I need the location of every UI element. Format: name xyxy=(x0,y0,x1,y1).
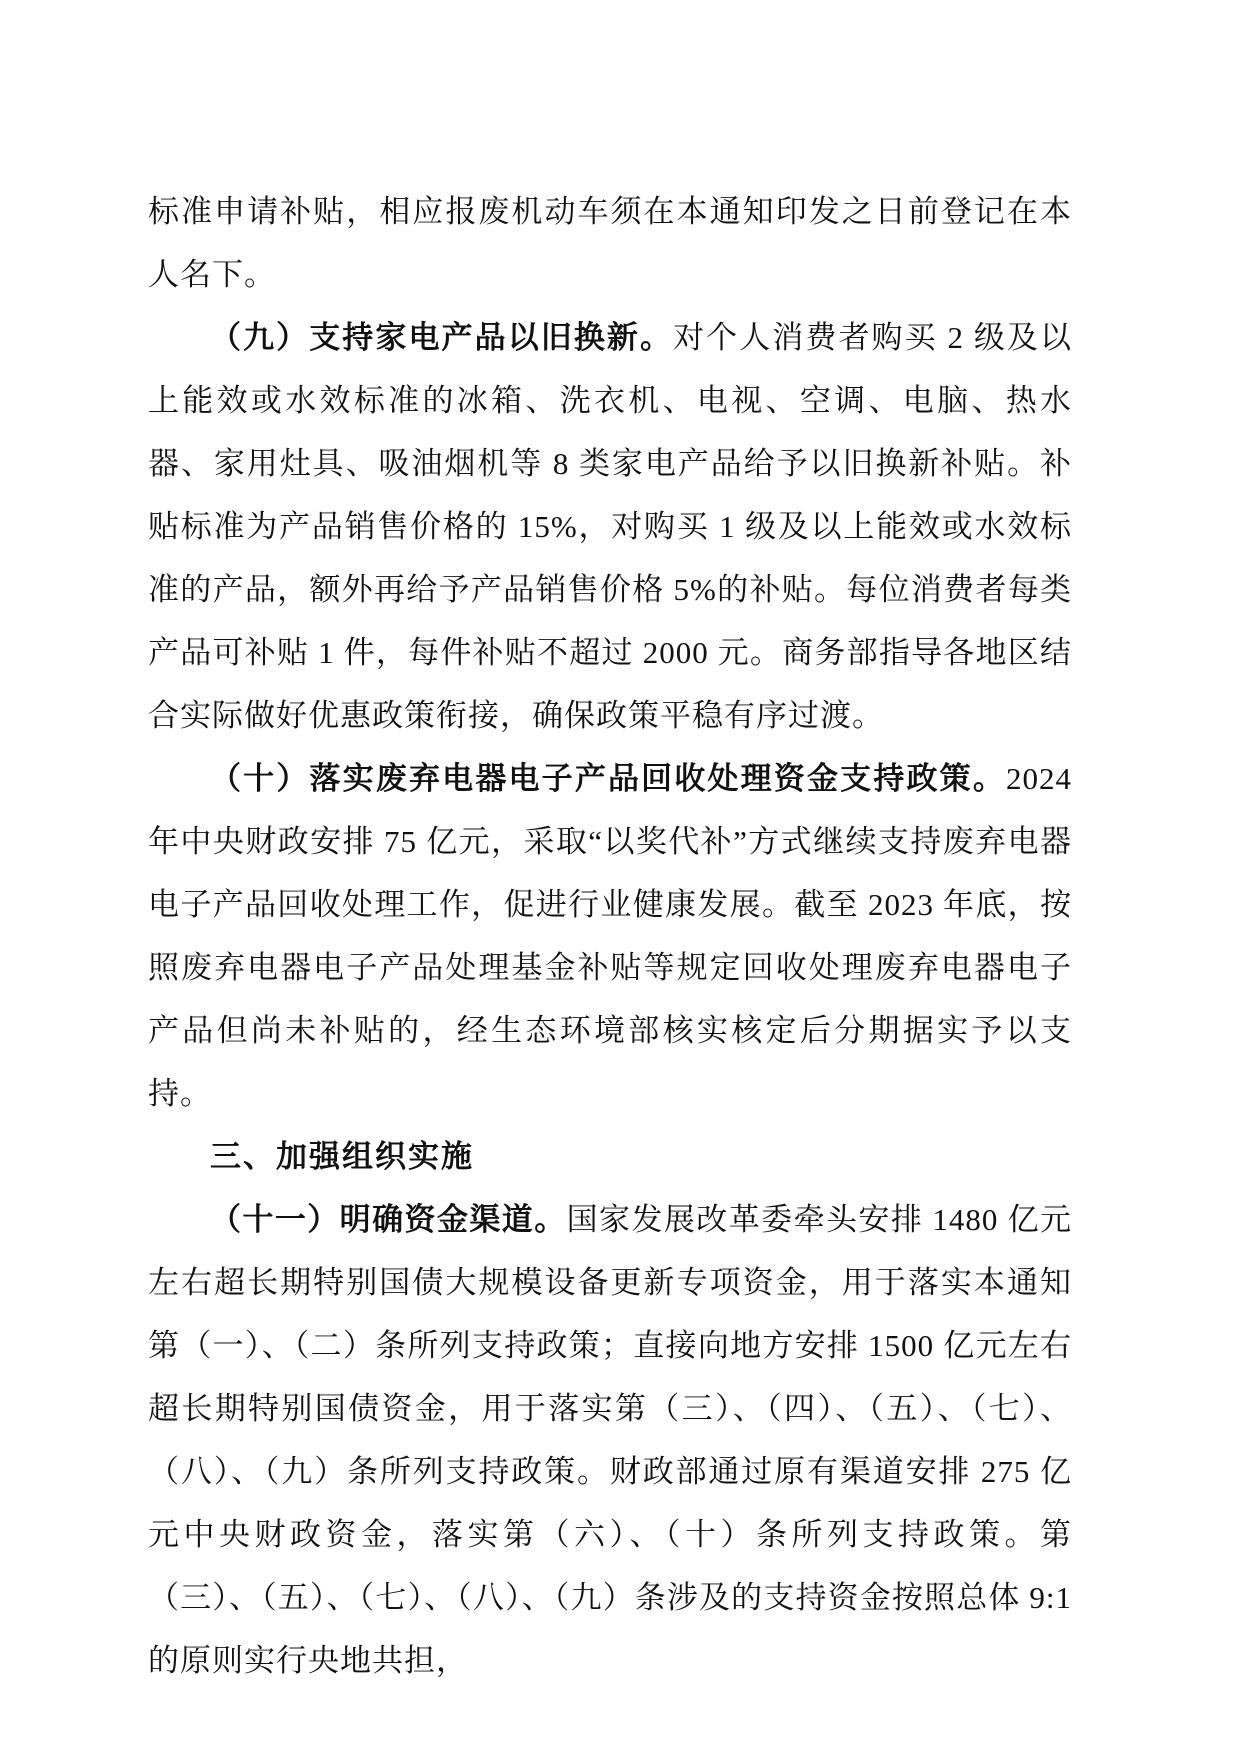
bold-text-run: （九）支持家电产品以旧换新。 xyxy=(210,320,673,355)
paragraph: （十）落实废弃电器电子产品回收处理资金支持政策。2024 年中央财政安排 75 … xyxy=(148,747,1072,1125)
paragraph: （十一）明确资金渠道。国家发展改革委牵头安排 1480 亿元左右超长期特别国债大… xyxy=(148,1188,1072,1692)
document-body: 标准申请补贴，相应报废机动车须在本通知印发之日前登记在本人名下。（九）支持家电产… xyxy=(148,180,1072,1692)
section-heading: 三、加强组织实施 xyxy=(148,1125,1072,1188)
bold-text-run: （十一）明确资金渠道。 xyxy=(210,1202,567,1237)
text-run: 对个人消费者购买 2 级及以上能效或水效标准的冰箱、洗衣机、电视、空调、电脑、热… xyxy=(148,320,1072,733)
paragraph: （九）支持家电产品以旧换新。对个人消费者购买 2 级及以上能效或水效标准的冰箱、… xyxy=(148,306,1072,747)
bold-text-run: 三、加强组织实施 xyxy=(210,1139,474,1174)
text-run: 2024 年中央财政安排 75 亿元，采取“以奖代补”方式继续支持废弃电器电子产… xyxy=(148,761,1072,1111)
document-page: 标准申请补贴，相应报废机动车须在本通知印发之日前登记在本人名下。（九）支持家电产… xyxy=(0,0,1240,1753)
bold-text-run: （十）落实废弃电器电子产品回收处理资金支持政策。 xyxy=(210,761,1006,796)
paragraph: 标准申请补贴，相应报废机动车须在本通知印发之日前登记在本人名下。 xyxy=(148,180,1072,306)
text-run: 标准申请补贴，相应报废机动车须在本通知印发之日前登记在本人名下。 xyxy=(148,194,1072,292)
text-run: 国家发展改革委牵头安排 1480 亿元左右超长期特别国债大规模设备更新专项资金，… xyxy=(148,1202,1072,1678)
